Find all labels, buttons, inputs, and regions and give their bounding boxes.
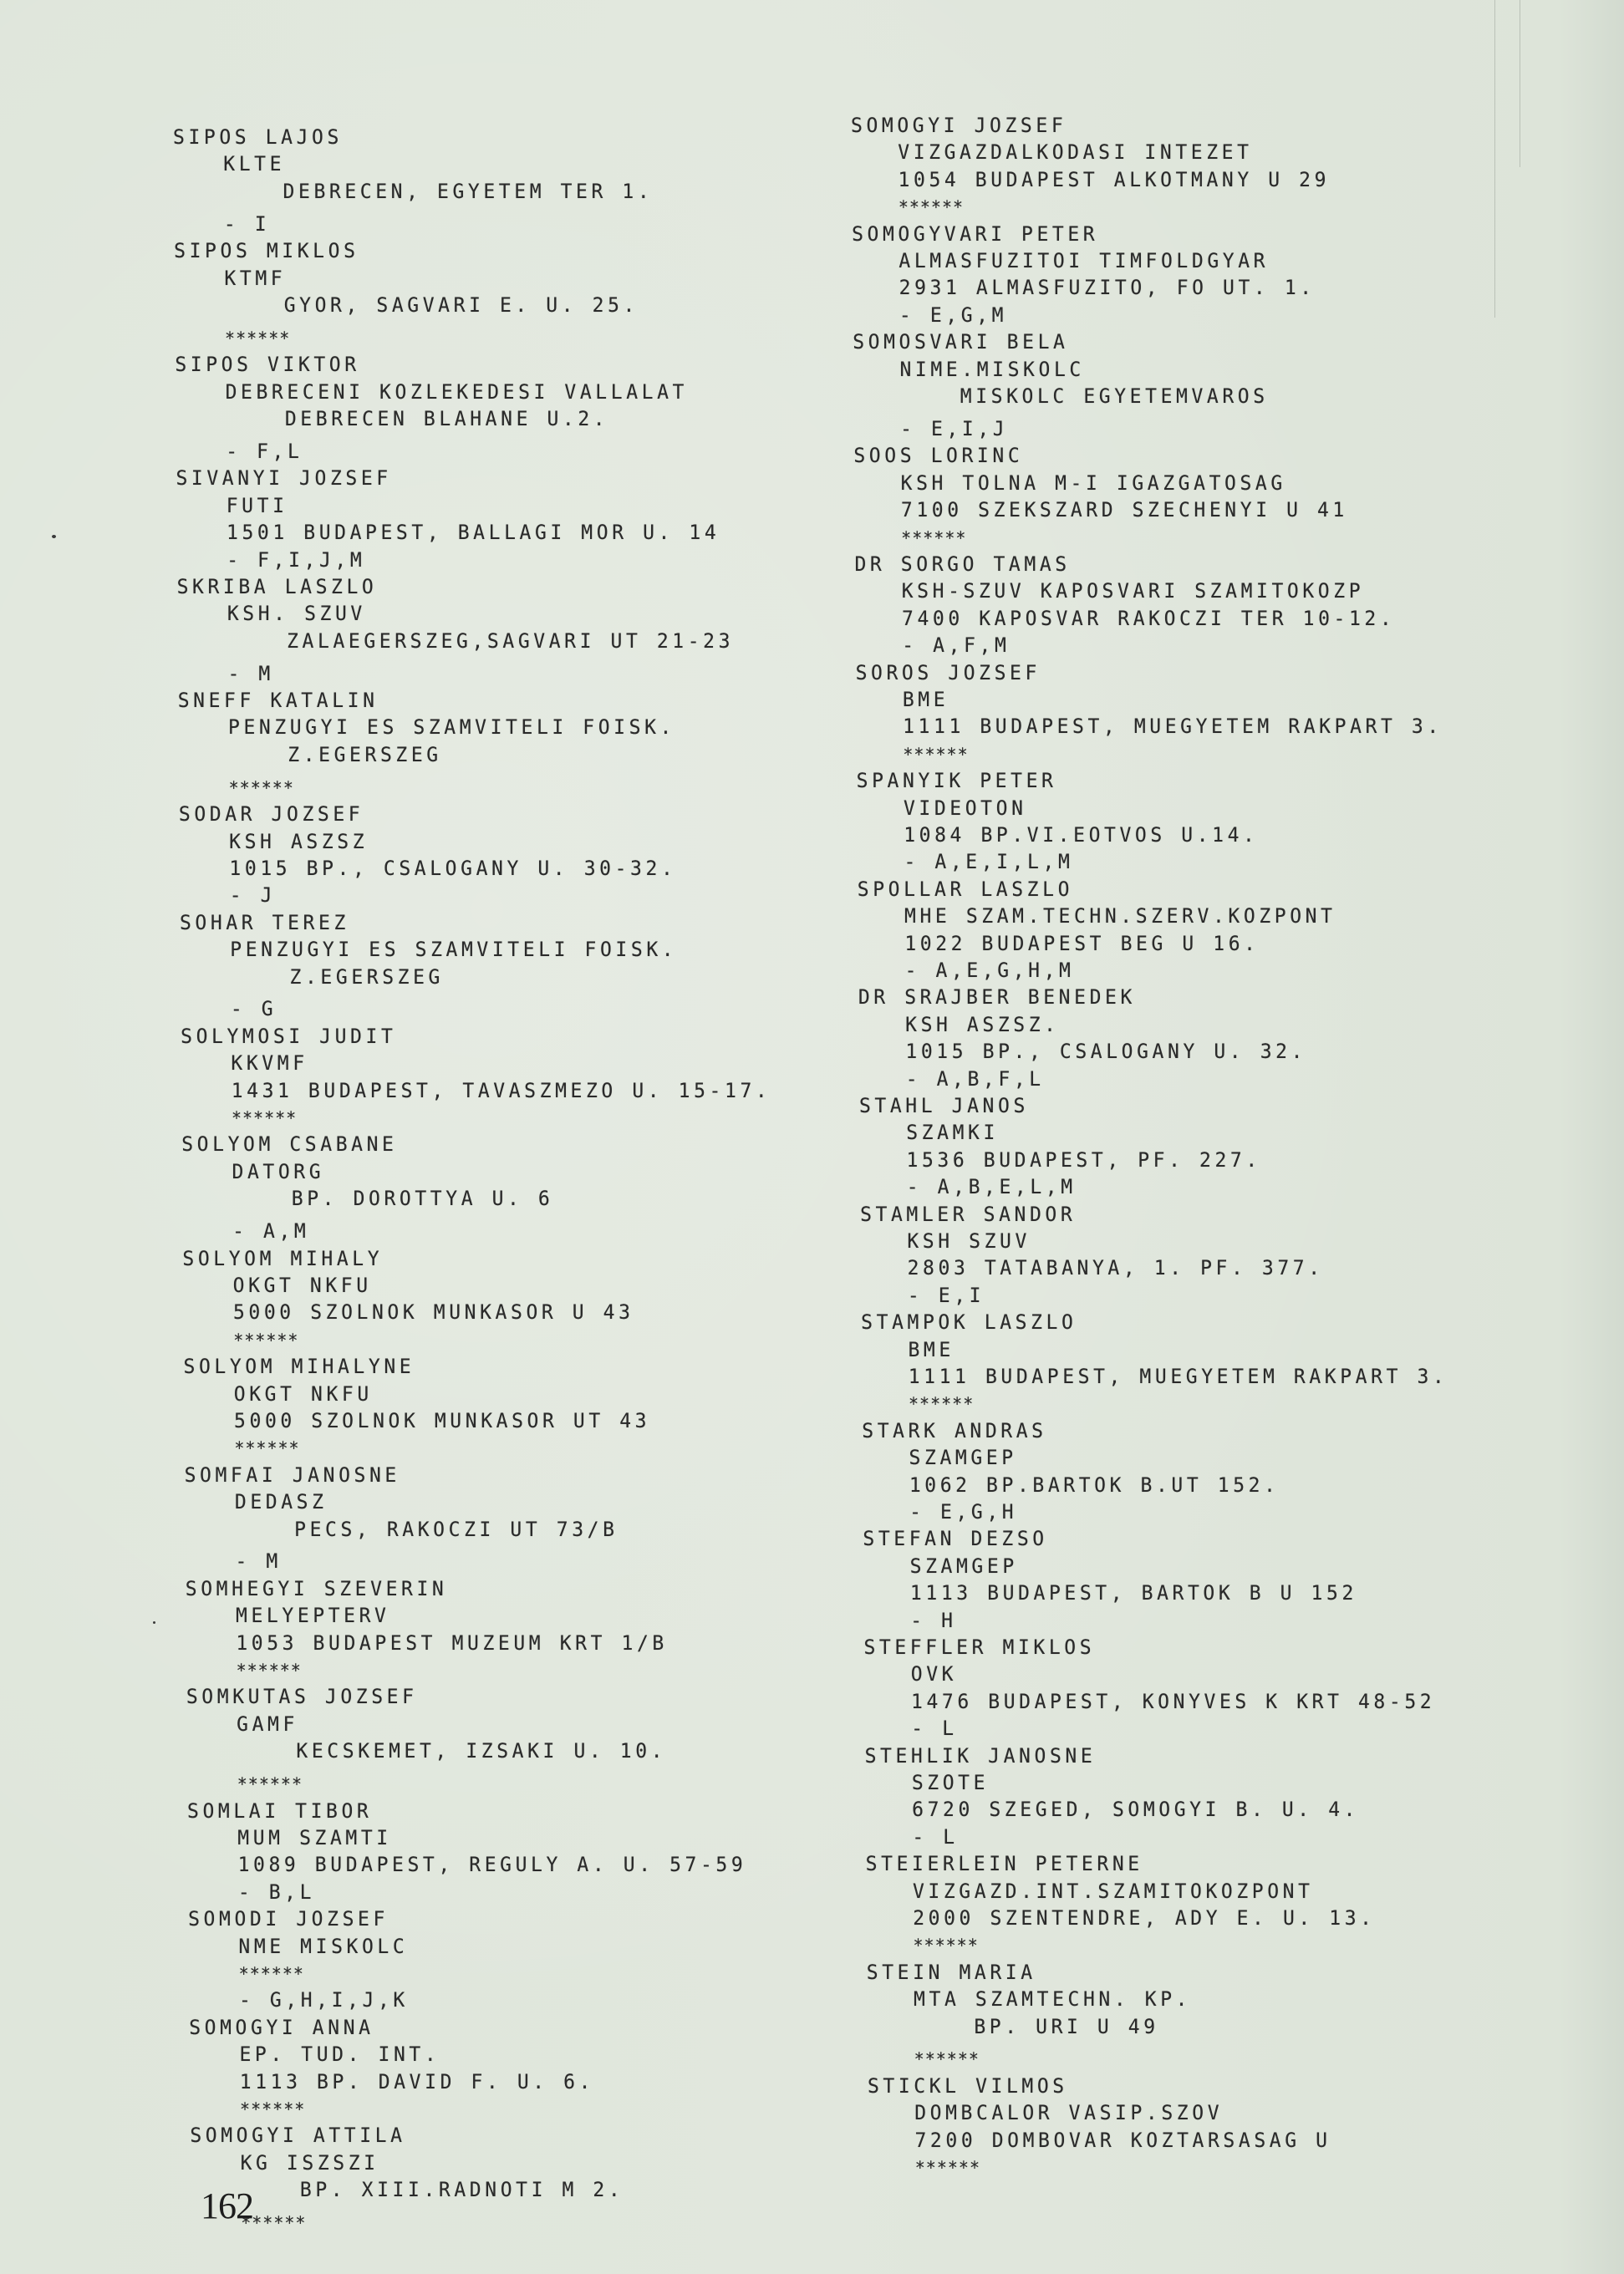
- entry-address: 1015 BP., CSALOGANY U. 30-32.: [229, 857, 676, 881]
- entry-address: 7400 KAPOSVAR RAKOCZI TER 10-12.: [902, 607, 1395, 631]
- entry-organization: MUM SZAMTI: [237, 1826, 391, 1850]
- entry-name: SOMOGYI ANNA: [189, 2016, 374, 2040]
- entry-organization: VIZGAZD.INT.SZAMITOKOZPONT: [913, 1880, 1314, 1904]
- entry-address: 1113 BP. DAVID F. U. 6.: [240, 2070, 594, 2094]
- entry-address: 1476 BUDAPEST, KONYVES K KRT 48-52: [911, 1690, 1435, 1714]
- entry-address: 1089 BUDAPEST, REGULY A. U. 57-59: [238, 1853, 747, 1877]
- entry-separator: ******: [234, 1436, 299, 1460]
- entry-address: PECS, RAKOCZI UT 73/B: [294, 1518, 618, 1542]
- entry-name: STEFAN DEZSO: [863, 1527, 1047, 1551]
- entry-separator: ******: [237, 1658, 302, 1682]
- entry-organization: ALMASFUZITOI TIMFOLDGYAR: [899, 249, 1269, 273]
- entry-name: SNEFF KATALIN: [178, 689, 379, 713]
- entry-address: 1111 BUDAPEST, MUEGYETEM RAKPART 3.: [909, 1365, 1448, 1389]
- entry-organization: DATORG: [232, 1160, 325, 1184]
- entry-organization: EP. TUD. INT.: [239, 2043, 440, 2067]
- entry-address: Z.EGERSZEG: [290, 965, 444, 989]
- entry-name: SOMHEGYI SZEVERIN: [186, 1577, 448, 1601]
- entry-address: BP. XIII.RADNOTI M 2.: [300, 2178, 624, 2202]
- entry-address: 2000 SZENTENDRE, ADY E. U. 13.: [913, 1906, 1375, 1931]
- entry-codes: - E,I: [908, 1284, 985, 1308]
- entry-address: 5000 SZOLNOK MUNKASOR UT 43: [234, 1409, 650, 1433]
- entry-name: SODAR JOZSEF: [179, 802, 364, 827]
- entry-name: SOMOGYI JOZSEF: [851, 114, 1067, 138]
- entry-name: SPOLLAR LASZLO: [858, 878, 1073, 902]
- entry-separator: ******: [240, 2097, 305, 2121]
- entry-codes: - E,G,H: [909, 1500, 1017, 1524]
- entry-separator: ******: [237, 1772, 303, 1796]
- entry-address: BP. DOROTTYA U. 6: [292, 1187, 554, 1211]
- entry-organization: KSH. SZUV: [227, 602, 366, 626]
- entry-address: 1053 BUDAPEST MUZEUM KRT 1/B: [236, 1631, 668, 1656]
- entry-name: SOOS LORINC: [853, 444, 1023, 468]
- entry-address: GYOR, SAGVARI E. U. 25.: [284, 293, 639, 318]
- entry-address: 1501 BUDAPEST, BALLAGI MOR U. 14: [227, 521, 720, 545]
- entry-organization: VIDEOTON: [904, 796, 1027, 821]
- entry-name: STEIN MARIA: [867, 1961, 1036, 1985]
- entry-name: STEHLIK JANOSNE: [865, 1744, 1097, 1768]
- entry-codes: - E,I,J: [900, 417, 1008, 441]
- entry-address: 1536 BUDAPEST, PF. 227.: [907, 1148, 1261, 1173]
- entry-codes: - A,E,I,L,M: [904, 850, 1073, 874]
- entry-organization: KSH ASZSZ.: [905, 1013, 1059, 1037]
- entry-address: BP. URI U 49: [974, 2015, 1158, 2039]
- entry-organization: KG ISZSZI: [241, 2151, 379, 2175]
- entry-codes: - I: [224, 212, 270, 237]
- entry-address: 1111 BUDAPEST, MUEGYETEM RAKPART 3.: [903, 715, 1443, 739]
- print-speck: [52, 535, 56, 538]
- entry-organization: DOMBCALOR VASIP.SZOV: [914, 2101, 1223, 2125]
- entry-address: DEBRECEN, EGYETEM TER 1.: [283, 180, 654, 204]
- entry-name: SIPOS MIKLOS: [174, 239, 359, 263]
- entry-name: SOMLAI TIBOR: [187, 1799, 372, 1824]
- entry-codes: - M: [227, 662, 273, 686]
- entry-name: DR SRAJBER BENEDEK: [858, 985, 1136, 1010]
- entry-codes: - F,I,J,M: [227, 548, 365, 572]
- entry-organization: OVK: [911, 1662, 957, 1686]
- entry-name: SIPOS VIKTOR: [175, 353, 359, 377]
- page-number: 162: [201, 2185, 253, 2227]
- entry-organization: OKGT NKFU: [234, 1382, 373, 1407]
- entry-name: STEFFLER MIKLOS: [863, 1636, 1095, 1660]
- entry-separator: ******: [899, 195, 964, 219]
- entry-organization: GAMF: [237, 1712, 298, 1737]
- entry-organization: OKGT NKFU: [233, 1274, 372, 1298]
- binding-edge-line: [1520, 0, 1520, 167]
- entry-separator: ******: [914, 2047, 980, 2071]
- entry-name: DR SORGO TAMAS: [854, 552, 1070, 577]
- entry-name: SOHAR TEREZ: [180, 911, 349, 935]
- entry-name: SOMOGYI ATTILA: [190, 2124, 405, 2148]
- entry-name: STAHL JANOS: [859, 1094, 1029, 1118]
- entry-organization: DEBRECENI KOZLEKEDESI VALLALAT: [226, 380, 688, 404]
- entry-organization: SZAMKI: [906, 1121, 999, 1145]
- entry-name: SOLYOM CSABANE: [181, 1132, 397, 1157]
- entry-organization: DEDASZ: [235, 1490, 328, 1514]
- entry-address: 2931 ALMASFUZITO, FO UT. 1.: [899, 276, 1316, 300]
- entry-address: DEBRECEN BLAHANE U.2.: [285, 407, 608, 431]
- entry-name: STAMPOK LASZLO: [861, 1310, 1077, 1335]
- entry-separator: ******: [901, 526, 966, 550]
- entry-address: 1084 BP.VI.EOTVOS U.14.: [904, 823, 1258, 847]
- entry-address: 2803 TATABANYA, 1. PF. 377.: [908, 1256, 1324, 1280]
- entry-name: SOMOGYVARI PETER: [852, 222, 1098, 247]
- entry-codes: - J: [230, 883, 276, 908]
- entry-address: 1113 BUDAPEST, BARTOK B U 152: [910, 1581, 1357, 1605]
- entry-codes: - A,E,G,H,M: [905, 959, 1075, 983]
- entry-organization: KSH ASZSZ: [229, 830, 368, 854]
- entry-name: STICKL VILMOS: [868, 2074, 1068, 2098]
- entry-name: SOLYOM MIHALYNE: [184, 1355, 415, 1379]
- entry-name: STAMLER SANDOR: [860, 1203, 1076, 1227]
- entry-address: ZALAEGERSZEG,SAGVARI UT 21-23: [287, 629, 734, 654]
- entry-name: SOMOSVARI BELA: [853, 330, 1068, 354]
- entry-separator: ******: [229, 776, 294, 800]
- entry-separator: ******: [232, 1106, 297, 1130]
- entry-codes: - E,G,M: [899, 303, 1007, 328]
- entry-name: SPANYIK PETER: [857, 769, 1057, 793]
- entry-name: STARK ANDRAS: [862, 1419, 1046, 1443]
- entry-organization: BME: [903, 688, 949, 712]
- entry-address: 1022 BUDAPEST BEG U 16.: [904, 932, 1259, 956]
- entry-organization: KSH-SZUV KAPOSVARI SZAMITOKOZP: [902, 579, 1364, 603]
- entry-separator: ******: [914, 1933, 979, 1957]
- entry-organization: SZAMGEP: [910, 1554, 1018, 1579]
- entry-organization: VIZGAZDALKODASI INTEZET: [898, 140, 1252, 165]
- entry-codes: - L: [912, 1825, 958, 1849]
- entry-organization: FUTI: [227, 494, 288, 518]
- entry-separator: ******: [239, 1961, 304, 1986]
- entry-codes: - B,L: [238, 1880, 315, 1905]
- entry-address: KECSKEMET, IZSAKI U. 10.: [296, 1739, 666, 1763]
- entry-name: SIVANYI JOZSEF: [176, 466, 391, 491]
- entry-name: SOMFAI JANOSNE: [185, 1463, 400, 1488]
- print-speck: [153, 1621, 155, 1624]
- entry-separator: ******: [225, 326, 290, 350]
- entry-address: Z.EGERSZEG: [288, 743, 441, 767]
- entry-separator: ******: [903, 742, 968, 766]
- entry-codes: - H: [910, 1609, 956, 1633]
- entry-name: SOMODI JOZSEF: [188, 1907, 389, 1931]
- binding-edge-line: [1494, 0, 1495, 318]
- entry-codes: - G,H,I,J,K: [239, 1988, 409, 2012]
- entry-codes: - M: [235, 1549, 281, 1574]
- entry-organization: KTMF: [224, 267, 286, 291]
- entry-organization: MTA SZAMTECHN. KP.: [914, 1987, 1191, 2012]
- entry-codes: - A,B,F,L: [906, 1067, 1045, 1091]
- entry-codes: - A,F,M: [902, 633, 1010, 658]
- entry-name: SOROS JOZSEF: [856, 661, 1041, 685]
- entry-organization: PENZUGYI ES SZAMVITELI FOISK.: [228, 715, 675, 740]
- entry-name: SKRIBA LASZLO: [177, 575, 378, 599]
- entry-name: SIPOS LAJOS: [173, 125, 343, 150]
- entry-organization: KSH SZUV: [907, 1229, 1031, 1254]
- entry-organization: BME: [908, 1338, 954, 1362]
- entry-organization: MELYEPTERV: [236, 1604, 389, 1628]
- entry-organization: PENZUGYI ES SZAMVITELI FOISK.: [230, 938, 677, 962]
- entry-organization: KKVMF: [231, 1051, 308, 1076]
- entry-name: SOMKUTAS JOZSEF: [186, 1685, 418, 1709]
- entry-codes: - A,M: [232, 1219, 309, 1244]
- entry-separator: ******: [915, 2155, 980, 2180]
- entry-address: 6720 SZEGED, SOMOGYI B. U. 4.: [912, 1798, 1359, 1822]
- entry-codes: - L: [911, 1717, 957, 1741]
- entry-address: MISKOLC EGYETEMVAROS: [960, 384, 1269, 409]
- entry-organization: NME MISKOLC: [238, 1935, 408, 1959]
- entry-organization: SZAMGEP: [909, 1446, 1017, 1470]
- entry-organization: SZOTE: [912, 1771, 989, 1795]
- entry-name: SOLYMOSI JUDIT: [181, 1025, 396, 1049]
- entry-address: 1062 BP.BARTOK B.UT 152.: [909, 1473, 1280, 1498]
- entry-organization: KSH TOLNA M-I IGAZGATOSAG: [901, 471, 1286, 496]
- entry-address: 5000 SZOLNOK MUNKASOR U 43: [233, 1300, 634, 1325]
- entry-address: 7100 SZEKSZARD SZECHENYI U 41: [901, 498, 1348, 522]
- entry-address: 7200 DOMBOVAR KOZTARSASAG U: [914, 2129, 1331, 2153]
- entry-codes: - G: [231, 997, 277, 1021]
- entry-name: STEIERLEIN PETERNE: [866, 1852, 1143, 1876]
- entry-address: 1054 BUDAPEST ALKOTMANY U 29: [899, 168, 1331, 192]
- entry-address: 1431 BUDAPEST, TAVASZMEZO U. 15-17.: [232, 1079, 771, 1103]
- entry-separator: ******: [233, 1328, 298, 1352]
- entry-organization: NIME.MISKOLC: [899, 358, 1084, 382]
- entry-name: SOLYOM MIHALY: [182, 1247, 383, 1271]
- entry-codes: - F,L: [226, 440, 303, 464]
- entry-address: 1015 BP., CSALOGANY U. 32.: [905, 1040, 1306, 1064]
- entry-separator: ******: [909, 1391, 974, 1416]
- entry-organization: MHE SZAM.TECHN.SZERV.KOZPONT: [904, 904, 1336, 928]
- entry-codes: - A,B,E,L,M: [907, 1175, 1077, 1199]
- entry-organization: KLTE: [223, 152, 285, 176]
